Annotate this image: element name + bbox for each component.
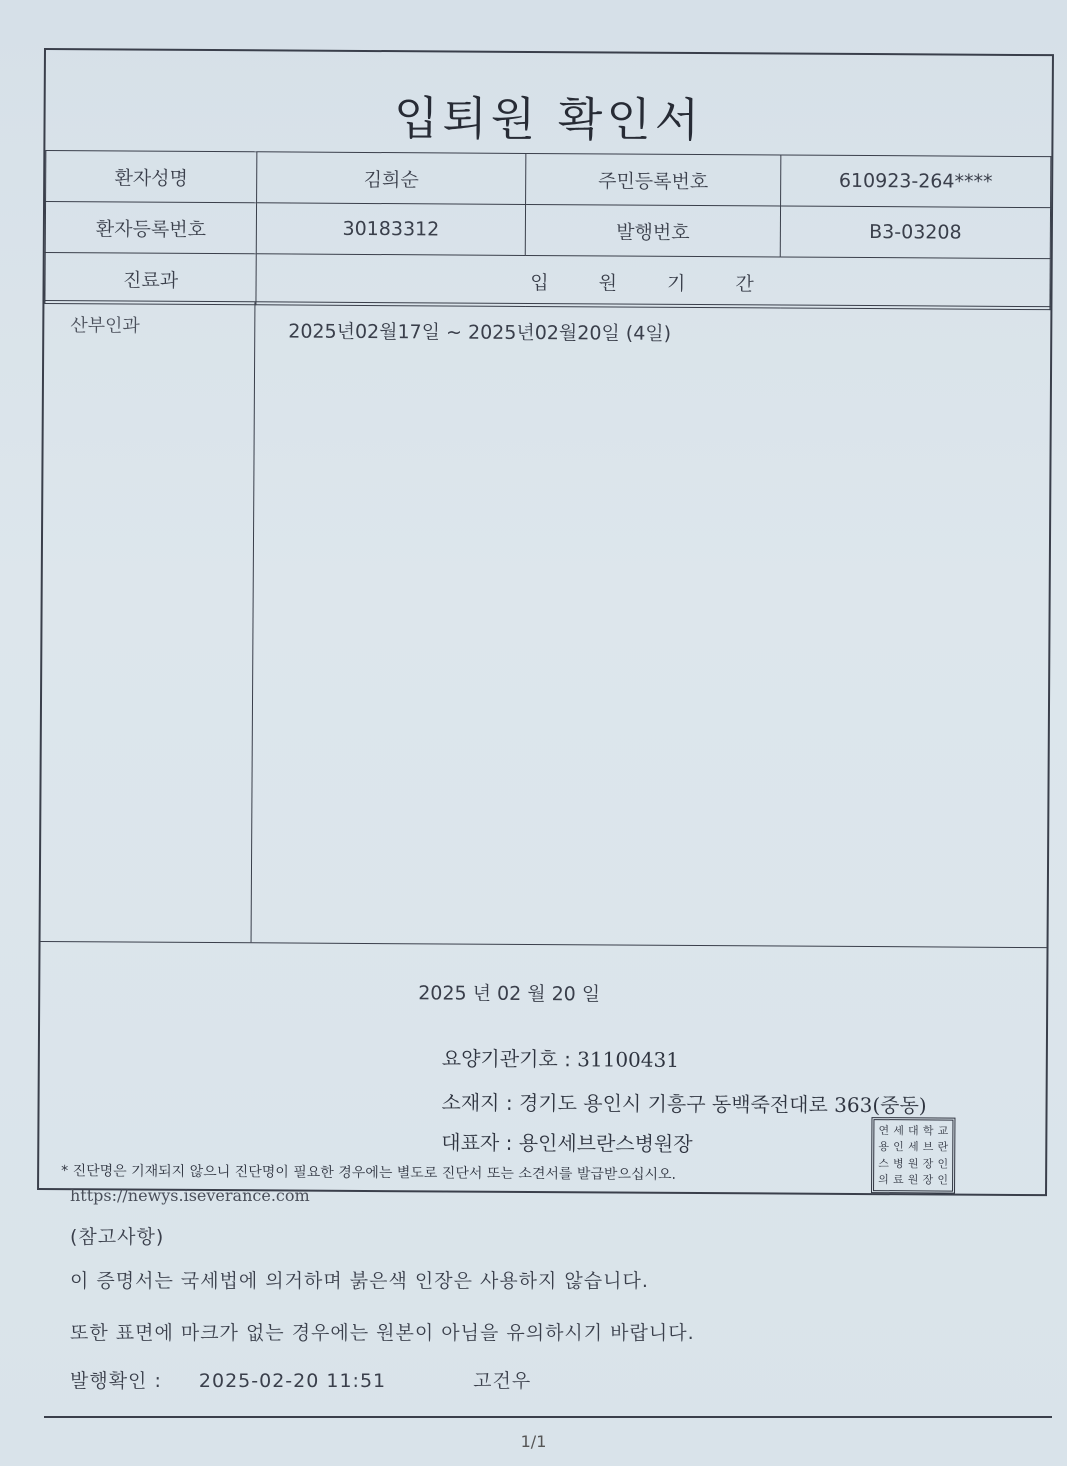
document-title: 입퇴원 확인서 (45, 80, 1051, 152)
footer-divider (44, 1416, 1052, 1418)
issue-no-label: 발행번호 (525, 204, 780, 257)
patient-name-value: 김희순 (257, 152, 526, 205)
table-row: 환자성명 김희순 주민등록번호 610923-264**** (46, 151, 1051, 208)
representative-label: 대표자 : (441, 1130, 512, 1154)
reference-line-1: 이 증명서는 국세법에 의거하며 붉은색 인장은 사용하지 않습니다. (70, 1266, 649, 1293)
issue-date: 2025 년 02 월 20 일 (418, 978, 600, 1006)
confirm-label: 발행확인 : (70, 1370, 162, 1392)
confirm-person: 고건우 (473, 1370, 531, 1392)
seal-glyph: 인 (935, 1172, 950, 1189)
resident-no-value: 610923-264**** (781, 155, 1051, 208)
patient-name-label: 환자성명 (46, 151, 257, 203)
resident-no-label: 주민등록번호 (526, 153, 781, 206)
reference-heading: (참고사항) (70, 1222, 164, 1249)
institution-code-label: 요양기관기호 : (442, 1046, 571, 1071)
page-number: 1/1 (0, 1432, 1067, 1451)
seal-glyph: 교 (936, 1122, 951, 1139)
institution-representative: 대표자 : 용인세브란스병원장 (441, 1126, 692, 1157)
document-page: 입퇴원 확인서 환자성명 김희순 주민등록번호 610923-264**** 환… (0, 0, 1067, 1466)
seal-glyph: 용 (876, 1139, 891, 1156)
hospital-seal-icon: 연세대학교용인세브란스병원장인의료원장인 (871, 1117, 955, 1194)
representative-value: 용인세브란스병원장 (519, 1131, 693, 1156)
seal-glyph: 대 (906, 1122, 921, 1139)
patient-reg-value: 30183312 (256, 203, 525, 256)
seal-glyph: 의 (876, 1172, 891, 1189)
reference-line-2: 또한 표면에 마크가 없는 경우에는 원본이 아님을 유의하시기 바랍니다. (70, 1318, 695, 1345)
seal-glyph: 인 (891, 1139, 906, 1156)
seal-glyph: 학 (921, 1122, 936, 1139)
institution-code-value: 31100431 (577, 1047, 679, 1072)
table-row: 환자등록번호 30183312 발행번호 B3-03208 (45, 202, 1050, 259)
seal-glyph: 장 (921, 1155, 936, 1172)
seal-glyph: 란 (935, 1139, 950, 1156)
seal-glyph: 료 (891, 1172, 906, 1189)
website-url: https://newys.iseverance.com (70, 1186, 310, 1205)
certificate-frame: 입퇴원 확인서 환자성명 김희순 주민등록번호 610923-264**** 환… (37, 48, 1054, 1196)
institution-address: 소재지 : 경기도 용인시 기흥구 동백죽전대로 363(중동) (441, 1086, 926, 1118)
issue-no-value: B3-03208 (780, 206, 1050, 259)
department-column: 산부인과 (41, 301, 256, 942)
seal-glyph: 브 (921, 1139, 936, 1156)
patient-info-table: 환자성명 김희순 주민등록번호 610923-264**** 환자등록번호 30… (44, 150, 1051, 310)
seal-glyph: 병 (891, 1155, 906, 1172)
issue-confirmation: 발행확인 : 2025-02-20 11:51 고건우 (70, 1366, 531, 1393)
seal-glyph: 연 (876, 1122, 891, 1139)
seal-glyph: 세 (906, 1139, 921, 1156)
seal-glyph: 원 (906, 1172, 921, 1189)
seal-glyph: 인 (935, 1155, 950, 1172)
details-area: 산부인과 2025년02월17일 ~ 2025년02월20일 (4일) (41, 300, 1051, 948)
department-value: 산부인과 (70, 311, 140, 337)
address-label: 소재지 : (441, 1090, 512, 1114)
diagnosis-footnote: * 진단명은 기재되지 않으니 진단명이 필요한 경우에는 별도로 진단서 또는… (61, 1160, 676, 1184)
address-value: 경기도 용인시 기흥구 동백죽전대로 363(중동) (519, 1091, 927, 1117)
admission-period-value: 2025년02월17일 ~ 2025년02월20일 (4일) (288, 316, 671, 345)
seal-glyph: 원 (906, 1155, 921, 1172)
seal-glyph: 세 (891, 1122, 906, 1139)
institution-code: 요양기관기호 : 31100431 (442, 1042, 679, 1072)
patient-reg-label: 환자등록번호 (45, 202, 256, 254)
department-label: 진료과 (45, 253, 256, 305)
seal-glyph: 장 (920, 1172, 935, 1189)
seal-glyph: 스 (876, 1155, 891, 1172)
confirm-datetime: 2025-02-20 11:51 (199, 1370, 386, 1392)
